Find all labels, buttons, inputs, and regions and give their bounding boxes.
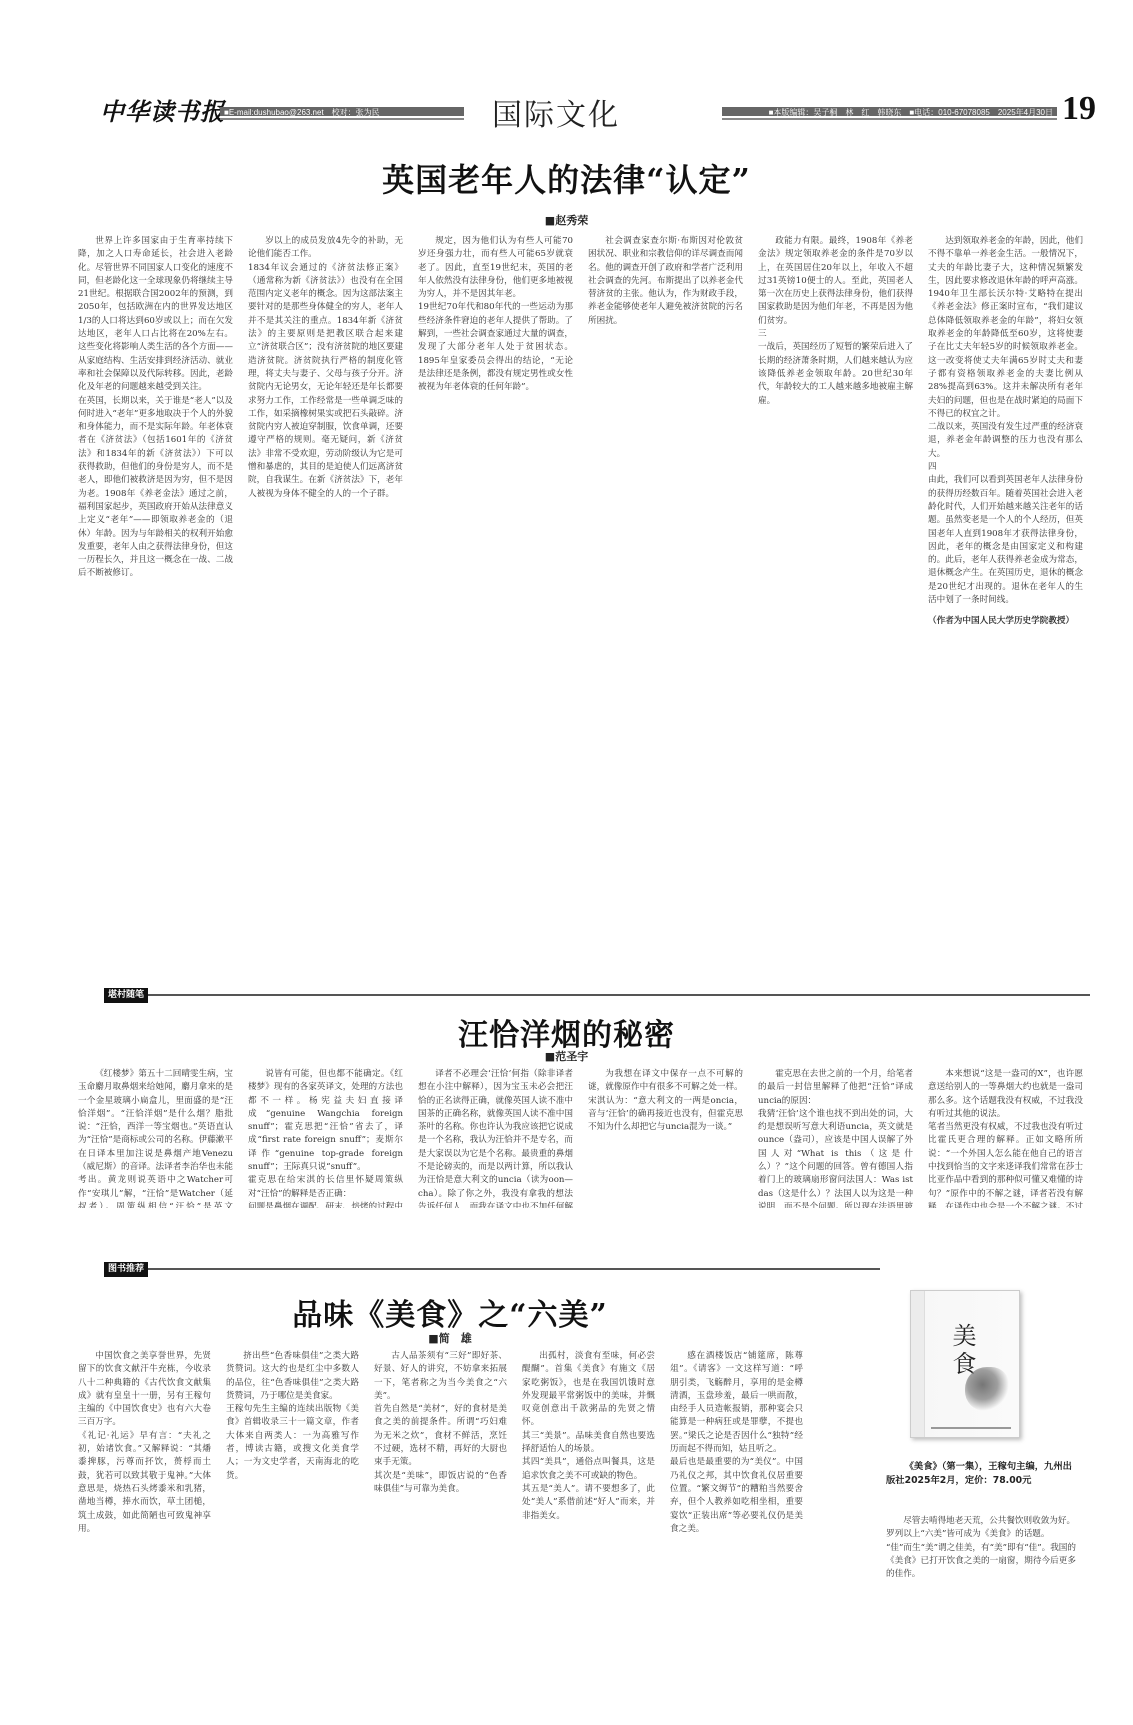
- article1-column-5: 政能力有限。最终，1908年《养老金法》规定领取养老金的条件是70岁以上，在英国…: [758, 235, 913, 955]
- article2-byline: ■范圣宇: [0, 1048, 1133, 1064]
- masthead: 中华读书报 ■E-mail:dushubao@263.net 校对：张为民 国际…: [72, 90, 1072, 130]
- publisher-mark: [931, 1427, 1011, 1429]
- ink-flower-illustration: [965, 1367, 1009, 1411]
- article3-column-1-text: 中国饮食之美享誉世界，先贤留下的饮食文献汗牛充栋，今收录八十二种典籍的《古代饮食…: [78, 1350, 211, 1536]
- article3-column-4-text: 出孤村，淡食有至味，何必尝醍醐”。首集《美食》有施文《居家吃粥饭》，也是在我国饥…: [522, 1350, 655, 1523]
- contact-bar-right: ■本版编辑：吴子桐 林 红 韩晓东 ■电话：010-67078085 2025年…: [722, 107, 1057, 118]
- article3-column-2: 挤出些“色香味俱佳”之类大路货赞词。这大约也是红尘中多数人的品位，往“色香味俱佳…: [226, 1350, 359, 1695]
- article2-column-4: 为我想在译文中保存一点不可解的谜，就像原作中有很多不可解之处一样。 宋淇认为：“…: [588, 1068, 743, 1208]
- book-cover-image: 美食: [910, 1290, 1020, 1438]
- article2-column-6-text: 本来想说“这是一盎司的X”，也许愿意送给别人的一等鼻烟大约也就是一盎司那么多。这…: [928, 1068, 1083, 1208]
- article3-headline: 品味《美食》之“六美”: [0, 1290, 900, 1334]
- contact-bar-left: ■E-mail:dushubao@263.net 校对：张为民: [220, 107, 464, 118]
- article1-column-4-text: 社会调查家查尔斯·布斯因对伦敦贫困状况、职业和宗教信仰的详尽调查而闻名。他的调查…: [588, 235, 743, 328]
- article2-column-5-text: 霍克思在去世之前的一个月，给笔者的最后一封信里解释了他把“汪恰”译成uncia的…: [758, 1068, 913, 1208]
- article1-column-6: 达到领取养老金的年龄，因此，他们不得不靠单一养老金生活。一般情况下，丈夫的年龄比…: [928, 235, 1083, 955]
- article2-column-5: 霍克思在去世之前的一个月，给笔者的最后一封信里解释了他把“汪恰”译成uncia的…: [758, 1068, 913, 1208]
- article3-column-6: 尽管去啃得地老天荒，公共餐饮则收敛为好。 罗列以上“六美”皆可成为《美食》的话题…: [886, 1515, 1076, 1695]
- article1-byline: ■赵秀荣: [0, 212, 1133, 228]
- article2-column-3: 译者不必理会‘汪恰’何指（除非译者想在小注中解释），因为宝玉未必会把汪恰的正名读…: [418, 1068, 573, 1208]
- article1-column-2-text: 岁以上的成员发放4先令的补助，无论他们能否工作。 1834年议会通过的《济贫法修…: [248, 235, 403, 501]
- article1-column-1: 世界上许多国家由于生育率持续下降，加之人口寿命延长，社会进入老龄化。尽管世界不同…: [78, 235, 233, 955]
- article2-body: 《红楼梦》第五十二回晴雯生病，宝玉命麝月取鼻烟来给她闻，麝月拿来的是一个金星玻璃…: [78, 1068, 1083, 1208]
- article2-column-tag: 堪村随笔: [104, 988, 148, 1003]
- article1-author-note: （作者为中国人民大学历史学院教授）: [928, 615, 1083, 628]
- article3-top-rule: [105, 1268, 880, 1270]
- book-caption: 《美食》（第一集），王稼句主编，九州出版社2025年2月，定价：78.00元: [886, 1460, 1076, 1488]
- article2-top-rule: [105, 994, 1090, 996]
- article2-column-2-text: 说皆有可能，但也都不能确定。《红楼梦》现有的各家英译文，处理的方法也都不一样。杨…: [248, 1068, 403, 1208]
- article3-column-1: 中国饮食之美享誉世界，先贤留下的饮食文献汗牛充栋，今收录八十二种典籍的《古代饮食…: [78, 1350, 211, 1695]
- article2-column-1-text: 《红楼梦》第五十二回晴雯生病，宝玉命麝月取鼻烟来给她闻，麝月拿来的是一个金星玻璃…: [78, 1068, 233, 1208]
- article2-column-4-text: 为我想在译文中保存一点不可解的谜，就像原作中有很多不可解之处一样。 宋淇认为：“…: [588, 1068, 743, 1134]
- article2-column-2: 说皆有可能，但也都不能确定。《红楼梦》现有的各家英译文，处理的方法也都不一样。杨…: [248, 1068, 403, 1208]
- newspaper-logo: 中华读书报: [100, 92, 225, 127]
- article3-column-3-text: 古人品茶须有“三好”即好茶、好景、好人的讲究，不妨拿来拓展一下，笔者称之为当今美…: [374, 1350, 507, 1496]
- article3-byline: ■简 雄: [0, 1330, 900, 1346]
- article1-column-3: 规定，因为他们认为有些人可能70岁还身强力壮，而有些人可能65岁就衰老了。因此，…: [418, 235, 573, 955]
- article1-body: 世界上许多国家由于生育率持续下降，加之人口寿命延长，社会进入老龄化。尽管世界不同…: [78, 235, 1083, 955]
- article1-column-5-text: 政能力有限。最终，1908年《养老金法》规定领取养老金的条件是70岁以上，在英国…: [758, 235, 913, 408]
- article3-column-6-text: 尽管去啃得地老天荒，公共餐饮则收敛为好。 罗列以上“六美”皆可成为《美食》的话题…: [886, 1515, 1076, 1581]
- article3-column-2-text: 挤出些“色香味俱佳”之类大路货赞词。这大约也是红尘中多数人的品位，往“色香味俱佳…: [226, 1350, 359, 1483]
- article2-column-6: 本来想说“这是一盎司的X”，也许愿意送给别人的一等鼻烟大约也就是一盎司那么多。这…: [928, 1068, 1083, 1208]
- article3-column-tag: 图书推荐: [104, 1262, 148, 1277]
- article1-column-6-text: 达到领取养老金的年龄，因此，他们不得不靠单一养老金生活。一般情况下，丈夫的年龄比…: [928, 235, 1083, 607]
- article3-body: 中国饮食之美享誉世界，先贤留下的饮食文献汗牛充栋，今收录八十二种典籍的《古代饮食…: [78, 1350, 803, 1695]
- page-number: 19: [1062, 90, 1096, 128]
- book-spine: [911, 1291, 925, 1437]
- article1-headline: 英国老年人的法律“认定”: [0, 155, 1133, 201]
- article3-column-5: 感在酒楼饭店“铺筵席，陈尊俎”。《请客》一文这样写道：“呼朋引类，飞觞醉月，享用…: [670, 1350, 803, 1695]
- section-title: 国际文化: [492, 90, 620, 134]
- article1-column-1-text: 世界上许多国家由于生育率持续下降，加之人口寿命延长，社会进入老龄化。尽管世界不同…: [78, 235, 233, 581]
- article3-column-5-text: 感在酒楼饭店“铺筵席，陈尊俎”。《请客》一文这样写道：“呼朋引类，飞觞醉月，享用…: [670, 1350, 803, 1536]
- article2-column-1: 《红楼梦》第五十二回晴雯生病，宝玉命麝月取鼻烟来给她闻，麝月拿来的是一个金星玻璃…: [78, 1068, 233, 1208]
- article1-column-2: 岁以上的成员发放4先令的补助，无论他们能否工作。 1834年议会通过的《济贫法修…: [248, 235, 403, 955]
- article2-column-3-text: 译者不必理会‘汪恰’何指（除非译者想在小注中解释），因为宝玉未必会把汪恰的正名读…: [418, 1068, 573, 1208]
- article1-column-3-text: 规定，因为他们认为有些人可能70岁还身强力壮，而有些人可能65岁就衰老了。因此，…: [418, 235, 573, 395]
- article3-column-3: 古人品茶须有“三好”即好茶、好景、好人的讲究，不妨拿来拓展一下，笔者称之为当今美…: [374, 1350, 507, 1695]
- article1-column-4: 社会调查家查尔斯·布斯因对伦敦贫困状况、职业和宗教信仰的详尽调查而闻名。他的调查…: [588, 235, 743, 955]
- article3-column-4: 出孤村，淡食有至味，何必尝醍醐”。首集《美食》有施文《居家吃粥饭》，也是在我国饥…: [522, 1350, 655, 1695]
